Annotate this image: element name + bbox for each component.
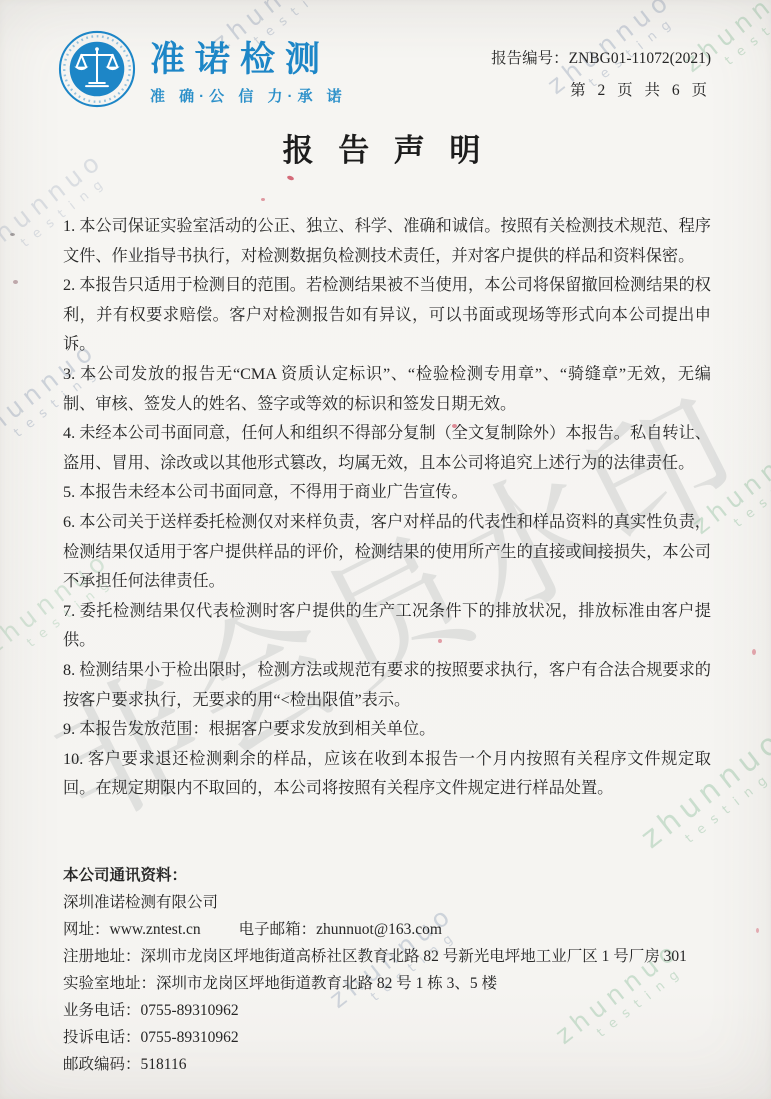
statement-paragraph: 10. 客户要求退还检测剩余的样品，应该在收到本报告一个月内按照有关程序文件规定… [63,745,711,804]
business-phone-row: 业务电话：0755-89310962 [63,997,711,1024]
lab-address-label: 实验室地址： [63,975,156,992]
complaint-phone-row: 投诉电话：0755-89310962 [63,1024,711,1051]
report-number-label: 报告编号： [491,50,569,67]
statement-paragraph: 9. 本报告发放范围：根据客户要求发放到相关单位。 [63,715,711,745]
statement-paragraph: 6. 本公司关于送样委托检测仅对来样负责，客户对样品的代表性和样品资料的真实性负… [63,508,711,597]
statement-paragraph: 2. 本报告只适用于检测目的范围。若检测结果被不当使用，本公司将保留撤回检测结果… [63,271,711,360]
brand-slogan: 准 确·公 信 力·承 诺 [150,85,347,106]
document-title: 报 告 声 明 [0,134,771,168]
website-email-row: 网址：www.zntest.cn电子邮箱：zhunnuot@163.com [63,916,711,943]
scan-speck [13,280,18,284]
website-label: 网址： [63,921,110,938]
website-value: www.zntest.cn [110,921,201,938]
business-phone-value: 0755-89310962 [141,1002,239,1019]
complaint-phone-value: 0755-89310962 [141,1029,239,1046]
brand-text: 准诺检测 准 确·公 信 力·承 诺 [150,42,347,106]
scan-speck [261,198,265,201]
complaint-phone-label: 投诉电话： [63,1029,141,1046]
registered-address-value: 深圳市龙岗区坪地街道高桥社区教育北路 82 号新光电坪地工业厂区 1 号厂房 3… [141,948,687,965]
page-header: 准诺检测 准 确·公 信 力·承 诺 报告编号：ZNBG01-11072(202… [0,0,771,108]
registered-address-row: 注册地址：深圳市龙岗区坪地街道高桥社区教育北路 82 号新光电坪地工业厂区 1 … [63,943,711,970]
scan-speck [10,233,15,236]
scan-speck [752,649,756,655]
statement-paragraph: 3. 本公司发放的报告无“CMA 资质认定标识”、“检验检测专用章”、“骑缝章”… [63,360,711,419]
statement-paragraph: 5. 本报告未经本公司书面同意，不得用于商业广告宣传。 [63,478,711,508]
email-label: 电子邮箱： [239,921,317,938]
contact-section: 本公司通讯资料： 深圳准诺检测有限公司 网址：www.zntest.cn电子邮箱… [63,862,711,1078]
report-meta: 报告编号：ZNBG01-11072(2021) 第 2 页 共 6 页 [491,46,711,100]
business-phone-label: 业务电话： [63,1002,141,1019]
company-name: 深圳准诺检测有限公司 [63,889,711,916]
postcode-row: 邮政编码：518116 [63,1051,711,1078]
scan-speck [452,424,457,428]
report-number-line: 报告编号：ZNBG01-11072(2021) [491,46,711,68]
lab-address-row: 实验室地址：深圳市龙岗区坪地街道教育北路 82 号 1 栋 3、5 楼 [63,970,711,997]
email-value: zhunnuot@163.com [316,921,442,938]
report-number-value: ZNBG01-11072(2021) [569,50,711,67]
scan-speck [756,928,759,933]
postcode-value: 518116 [141,1056,187,1073]
statement-paragraph: 4. 未经本公司书面同意，任何人和组织不得部分复制（全文复制除外）本报告。私自转… [63,419,711,478]
report-page: 非会员水印 zhunnuo testing zhunnuo testing zh… [0,0,771,1099]
statement-paragraph: 8. 检测结果小于检出限时，检测方法或规范有要求的按照要求执行，客户有合法合规要… [63,656,711,715]
scales-of-justice-icon [58,30,136,108]
contact-heading: 本公司通讯资料： [63,862,711,889]
postcode-label: 邮政编码： [63,1056,141,1073]
lab-address-value: 深圳市龙岗区坪地街道教育北路 82 号 1 栋 3、5 楼 [156,975,497,992]
statement-paragraph: 7. 委托检测结果仅代表检测时客户提供的生产工况条件下的排放状况，排放标准由客户… [63,597,711,656]
statements-list: 1. 本公司保证实验室活动的公正、独立、科学、准确和诚信。按照有关检测技术规范、… [63,212,711,804]
brand-name: 准诺检测 [150,42,347,77]
scan-speck [438,639,442,643]
page-indicator: 第 2 页 共 6 页 [491,78,711,100]
registered-address-label: 注册地址： [63,948,141,965]
brand-block: 准诺检测 准 确·公 信 力·承 诺 [58,30,347,108]
statement-paragraph: 1. 本公司保证实验室活动的公正、独立、科学、准确和诚信。按照有关检测技术规范、… [63,212,711,271]
